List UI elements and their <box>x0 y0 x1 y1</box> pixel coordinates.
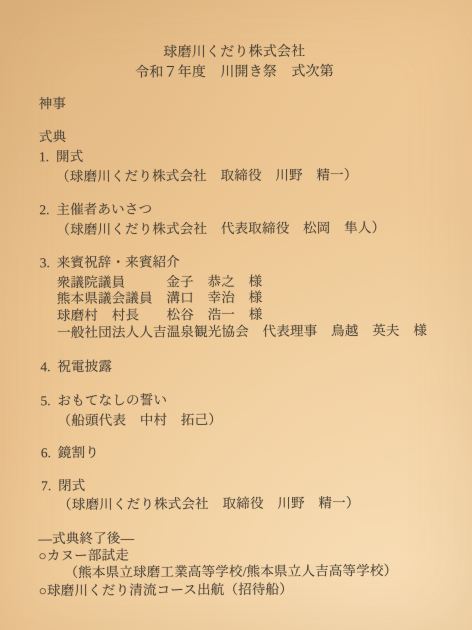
program-item-2-detail: （球磨川くだり株式会社 代表取締役 松岡 隼人） <box>56 220 471 239</box>
item-4-number: 4. <box>40 359 57 375</box>
guest-line-2: 熊本県議会議員 溝口 幸治 様 <box>57 289 472 308</box>
item-1-number: 1. <box>39 149 56 165</box>
item-6-number: 6. <box>41 445 58 461</box>
post-ceremony-item-2: ○球磨川くだり清流コース出航（招待船） <box>39 581 472 600</box>
post-ceremony-heading: ―式典終了後― <box>38 529 472 548</box>
page-subtitle: 令和７年度 川開き祭 式次第 <box>0 64 471 83</box>
photographed-program-page: { "page": { "paper_color": "#edc793", "i… <box>0 0 472 630</box>
program-item-7-detail: （球磨川くだり株式会社 取締役 川野 精一） <box>58 495 472 514</box>
item-7-label: 閉式 <box>58 478 85 493</box>
item-6-label: 鏡割り <box>58 445 99 460</box>
post-ceremony-item-1: ○カヌー部試走 <box>38 546 472 565</box>
guest-line-3: 球磨村 村長 松谷 浩一 様 <box>57 306 472 325</box>
program-item-5: 5.おもてなしの誓い <box>40 391 472 410</box>
program-item-2: 2.主催者あいさつ <box>39 200 471 219</box>
program-item-5-detail: （船頭代表 中村 拓己） <box>58 411 472 430</box>
program-item-4: 4.祝電披露 <box>40 357 472 376</box>
program-item-1-detail: （球磨川くだり株式会社 取締役 川野 精一） <box>56 167 471 186</box>
item-4-label: 祝電披露 <box>57 359 112 374</box>
post-item-1-text: カヌー部試走 <box>47 548 129 564</box>
item-7-number: 7. <box>41 478 58 494</box>
post-ceremony-item-1-detail: （熊本県立球磨工業高等学校/熊本県立人吉高等学校） <box>65 563 472 581</box>
section-label-shinji: 神事 <box>39 94 471 113</box>
program-item-3: 3.来賓祝辞・来賓紹介 <box>40 253 472 272</box>
section-label-shikiten: 式典 <box>39 127 471 146</box>
page-title: 球磨川くだり株式会社 <box>0 44 470 63</box>
item-3-label: 来賓祝辞・来賓紹介 <box>57 254 180 270</box>
guest-line-4: 一般社団法人人吉温泉観光協会 代表理事 鳥越 英夫 様 <box>57 323 472 342</box>
program-item-6: 6.鏡割り <box>41 443 472 462</box>
item-1-label: 開式 <box>56 149 83 164</box>
program-item-1: 1.開式 <box>39 147 471 166</box>
item-5-label: おもてなしの誓い <box>57 392 167 408</box>
item-5-number: 5. <box>40 393 57 409</box>
item-2-number: 2. <box>39 202 56 218</box>
program-item-7: 7.閉式 <box>41 476 472 495</box>
program-sheet: 球磨川くだり株式会社 令和７年度 川開き祭 式次第 神事 式典 1.開式 （球磨… <box>0 0 472 630</box>
item-3-number: 3. <box>40 255 57 271</box>
item-2-label: 主催者あいさつ <box>56 202 152 218</box>
post-item-2-text: 球磨川くだり清流コース出航（招待船） <box>47 582 293 599</box>
